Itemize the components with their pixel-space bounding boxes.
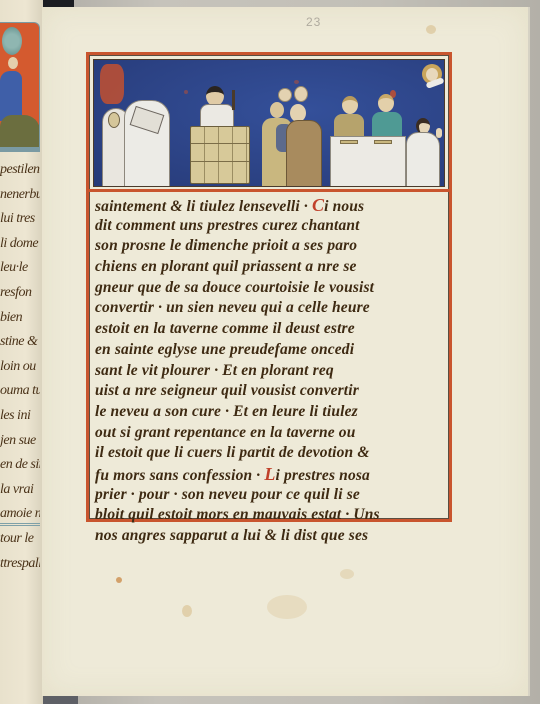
stain	[426, 25, 436, 34]
facing-rule	[0, 523, 40, 526]
facing-text-line: ttrespall	[0, 552, 40, 577]
text-line: convertir · un sien neveu qui a celle he…	[95, 298, 445, 319]
stain	[116, 577, 122, 583]
text-span: saintement & li tiulez lensevelli ·	[95, 198, 312, 215]
text-line: nos angres sapparut a lui & li dist que …	[95, 526, 445, 547]
facing-text-line: jen sue	[0, 429, 40, 454]
text-line: saintement & li tiulez lensevelli · Ci n…	[95, 195, 445, 216]
facing-text-line: stine &	[0, 330, 40, 355]
facing-text-line: leu·le	[0, 256, 40, 281]
text-span: fu mors sans confession ·	[95, 467, 264, 484]
facing-miniature	[0, 22, 40, 152]
miniature-border	[0, 147, 40, 151]
miniature	[93, 59, 445, 187]
facing-text-line: li dome	[0, 232, 40, 257]
facing-text-line: la vrai	[0, 478, 40, 503]
text-span: uist a nre seigneur quil vousist convert…	[95, 382, 359, 399]
stain	[182, 605, 192, 617]
facing-text-line: en de sin	[0, 453, 40, 478]
text-span: i nous	[324, 198, 364, 215]
facing-text-line: ouma tu	[0, 379, 40, 404]
stain	[340, 569, 354, 579]
seated-listeners	[258, 88, 324, 187]
text-line: fu mors sans confession · Li prestres no…	[95, 464, 445, 485]
facing-text-line: les ini	[0, 404, 40, 429]
miniature-divider	[89, 189, 449, 192]
text-line: estoit en la taverne comme il deust estr…	[95, 319, 445, 340]
text-line: uist a nre seigneur quil vousist convert…	[95, 381, 445, 402]
facing-text-line: resfon	[0, 281, 40, 306]
text-line: out si grant repentance en la taverne ou	[95, 423, 445, 444]
facing-text-line: tour le	[0, 527, 40, 552]
text-span: out si grant repentance en la taverne ou	[95, 424, 355, 441]
stain	[267, 595, 307, 619]
text-line: sant le vit plourer · Et en plorant req	[95, 361, 445, 382]
tree-icon	[2, 27, 22, 55]
text-frame: saintement & li tiulez lensevelli · Ci n…	[86, 52, 452, 522]
text-line: il estoit que li cuers li partit de devo…	[95, 443, 445, 464]
text-span: gneur que de sa douce courtoisie le vous…	[95, 279, 374, 296]
text-span: nos angres sapparut a lui & li dist que …	[95, 527, 368, 544]
text-span: en sainte eglyse une preudefame oncedi	[95, 341, 354, 358]
angel	[422, 64, 444, 86]
text-span: estoit en la taverne comme il deust estr…	[95, 320, 355, 337]
facing-text: pestilencnenerbului tresli domeleu·leres…	[0, 158, 40, 576]
text-line: dit comment uns prestres curez chantant	[95, 216, 445, 237]
text-span: bloit quil estoit mors en mauvais estat …	[95, 506, 380, 523]
text-span: i prestres nosa	[276, 467, 370, 484]
text-line: prier · pour · son neveu pour ce quil li…	[95, 485, 445, 506]
facing-page: pestilencnenerbului tresli domeleu·leres…	[0, 0, 43, 704]
text-span: il estoit que li cuers li partit de devo…	[95, 444, 370, 461]
text-block: saintement & li tiulez lensevelli · Ci n…	[95, 195, 445, 547]
shrouded-figures	[102, 100, 172, 187]
text-span: dit comment uns prestres curez chantant	[95, 217, 360, 234]
sky-fleck	[294, 80, 299, 84]
text-span: convertir · un sien neveu qui a celle he…	[95, 299, 370, 316]
text-span: sant le vit plourer · Et en plorant req	[95, 362, 334, 379]
facing-text-line: bien	[0, 306, 40, 331]
text-line: chiens en plorant quil priassent a nre s…	[95, 257, 445, 278]
figure-head	[8, 57, 18, 69]
text-span: son prosne le dimenche prioit a ses paro	[95, 237, 357, 254]
rubric-initial: L	[264, 464, 275, 484]
text-line: gneur que de sa douce courtoisie le vous…	[95, 278, 445, 299]
folio-number: 23	[306, 15, 321, 29]
figure-robe	[0, 71, 22, 121]
text-span: chiens en plorant quil priassent a nre s…	[95, 258, 357, 275]
sky-fleck	[100, 64, 124, 104]
text-line: le neveu a son cure · Et en leure li tiu…	[95, 402, 445, 423]
text-line: en sainte eglyse une preudefame oncedi	[95, 340, 445, 361]
rubric-initial: C	[312, 195, 324, 215]
text-line: bloit quil estoit mors en mauvais estat …	[95, 505, 445, 526]
kneeling-figure	[406, 118, 445, 187]
pulpit	[190, 126, 250, 184]
text-span: le neveu a son cure · Et en leure li tiu…	[95, 403, 358, 420]
facing-text-line: nenerbu	[0, 183, 40, 208]
facing-text-line: loin ou	[0, 355, 40, 380]
text-line: son prosne le dimenche prioit a ses paro	[95, 236, 445, 257]
facing-text-line: lui tres	[0, 207, 40, 232]
text-span: prier · pour · son neveu pour ce quil li…	[95, 486, 360, 503]
facing-text-line: pestilenc	[0, 158, 40, 183]
